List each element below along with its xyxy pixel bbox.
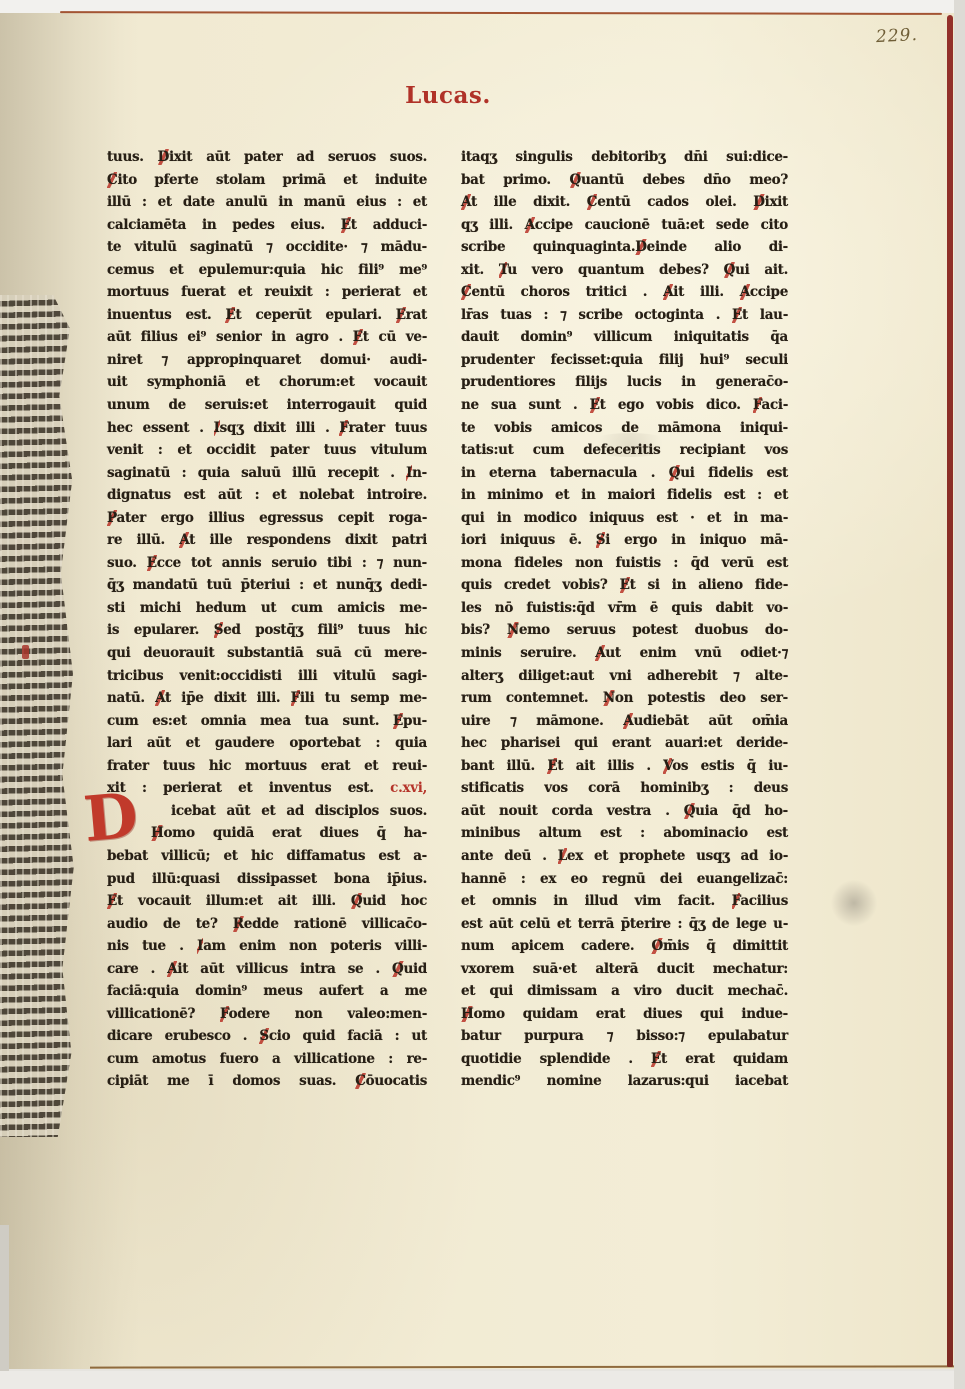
text-segment: cipiāt me ī domos suas. (107, 1073, 355, 1089)
text-segment: et omnis in illud vim facit. (461, 893, 732, 909)
text-line: illū : et date anulū in manū eius : et (107, 191, 427, 214)
text-line: scribe quinquaginta.Deinde alio di- (461, 236, 788, 259)
text-line: te vitulū saginatū ⁊ occidite· ⁊ mādu- (107, 236, 427, 259)
text-segment: tuus. (107, 149, 158, 165)
rubricated-capital: S (259, 1028, 268, 1044)
text-line: Homo quidā erat diues q̄ ha- (107, 822, 427, 845)
text-line: ante deū . Lex et prophete usqʒ ad io- (461, 845, 788, 868)
text-line: qui in modico iniquus est · et in ma- (461, 507, 788, 530)
text-line: quis credet vobis? Et si in alieno fide- (461, 574, 788, 597)
text-line: hec essent . Isqʒ dixit illi . Frater tu… (107, 417, 427, 440)
text-line: hannē : ex eo regnū dei euangelizac̄: (461, 868, 788, 891)
text-segment: n- (412, 465, 427, 481)
text-segment: cemus et epulemur:quia hic fili⁹ me⁹ (107, 262, 427, 278)
text-segment: t erat quidam (661, 1051, 788, 1067)
text-line: aūt nouit corda vestra . Quia q̄d ho- (461, 800, 788, 823)
rubricated-capital: E (732, 307, 742, 323)
text-line: cum es:et omnia mea tua sunt. Epu- (107, 710, 427, 733)
text-line: unum de seruis:et interrogauit quid (107, 394, 427, 417)
text-segment: ui ait. (735, 262, 788, 278)
text-line: faciā:quia domin⁹ meus aufert a me (107, 980, 427, 1003)
rubricated-capital: C (355, 1073, 365, 1089)
text-segment: batur purpura ⁊ bisso:⁊ epulabatur (461, 1028, 788, 1044)
text-line: xit. Tu vero quantum debes? Qui ait. (461, 259, 788, 282)
rubricated-capital: H (461, 1006, 473, 1022)
text-segment: sqʒ dixit illi . (220, 420, 340, 436)
text-segment: ccipe caucionē tuā:et sede cito (535, 217, 788, 233)
text-line: venit : et occidit pater tuus vitulum (107, 439, 427, 462)
text-segment: mendic⁹ nomine lazarus:qui iacebat (461, 1073, 788, 1089)
text-segment: t adduci- (351, 217, 427, 233)
rubricated-capital: A (525, 217, 535, 233)
text-segment: rater tuus (348, 420, 427, 436)
text-segment: t ip̄e dixit illi. (165, 690, 291, 706)
text-line: bis? Nemo seruus potest duobus do- (461, 619, 788, 642)
text-segment: audio de te? (107, 916, 233, 932)
text-line: uire ⁊ māmone. Audiebāt aūt om̄ia (461, 710, 788, 733)
text-line: suo. Ecce tot annis seruio tibi : ⁊ nun- (107, 552, 427, 575)
text-line: qui deuorauit substantiā suā cū mere- (107, 642, 427, 665)
text-segment: te vitulū saginatū ⁊ occidite· ⁊ mādu- (107, 239, 427, 255)
text-segment: omo quidā erat diues q̄ ha- (163, 825, 427, 841)
text-line: te vobis amicos de māmona iniqui- (461, 417, 788, 440)
text-line: est aūt celū et terrā p̄terire : q̄ʒ de … (461, 913, 788, 936)
text-segment: it illi. (673, 284, 739, 300)
text-segment: t ait illis . (557, 758, 663, 774)
text-segment: natū. (107, 690, 155, 706)
text-segment: villicationē? (107, 1006, 220, 1022)
text-line: Cito pferte stolam primā et induite (107, 169, 427, 192)
text-segment: saginatū : quia saluū illū recepit . (107, 465, 406, 481)
text-segment: uia q̄d ho- (695, 803, 788, 819)
text-segment: uid (404, 961, 427, 977)
text-segment: uit symphoniā et chorum:et vocauit (107, 374, 427, 390)
text-line: tatis:ut cum defeceritis recipiant vos (461, 439, 788, 462)
text-line: hec pharisei qui erant auari:et deride- (461, 732, 788, 755)
text-segment: nis tue . (107, 938, 197, 954)
text-line: pud illū:quasi dissipasset bona ip̄ius. (107, 868, 427, 891)
text-line: icebat aūt et ad disciplos suos. (107, 800, 427, 823)
text-segment: ne sua sunt . (461, 397, 590, 413)
text-line: alterʒ diliget:aut vni adherebit ⁊ alte- (461, 665, 788, 688)
rubricated-capital: D (158, 149, 169, 165)
text-line: Homo quidam erat diues qui indue- (461, 1003, 788, 1026)
text-segment: t ego vobis dico. (600, 397, 753, 413)
rubricated-capital: Q (684, 803, 695, 819)
text-segment: vxorem suā·et alterā ducit mechatur: (461, 961, 788, 977)
text-line: iori iniquus ē. Si ergo in iniquo mā- (461, 529, 788, 552)
text-line: cipiāt me ī domos suas. Cōuocatis (107, 1070, 427, 1093)
text-segment: cum es:et omnia mea tua sunt. (107, 713, 393, 729)
text-segment: frater tuus hic mortuus erat et reui- (107, 758, 427, 774)
text-line: q̄ʒ mandatū tuū p̄teriui : et nunq̄ʒ ded… (107, 574, 427, 597)
rubricated-capital: Q (669, 465, 680, 481)
text-segment: re illū. (107, 532, 179, 548)
text-line: dauit domin⁹ villicum iniquitatis q̄a (461, 326, 788, 349)
text-line: et omnis in illud vim facit. Facilius (461, 890, 788, 913)
text-line: lari aūt et gaudere oportebat : quia (107, 732, 427, 755)
photo-background-right (954, 0, 965, 1389)
rubricated-capital: E (547, 758, 557, 774)
text-segment: u vero quantum debes? (507, 262, 723, 278)
rubricated-capital: A (179, 532, 189, 548)
text-line: saginatū : quia saluū illū recepit . In- (107, 462, 427, 485)
rubricated-capital: E (225, 307, 235, 323)
text-segment: entū cados olei. (597, 194, 753, 210)
text-segment: t ceperūt epulari. (235, 307, 395, 323)
rubricated-capital: C (107, 172, 117, 188)
text-line: uit symphoniā et chorum:et vocauit (107, 371, 427, 394)
text-segment: aūt filius ei⁹ senior in agro . (107, 329, 353, 345)
text-line: natū. At ip̄e dixit illi. Fili tu semp m… (107, 687, 427, 710)
red-fore-edge (947, 15, 953, 1367)
text-segment: t ille respondens dixit patri (189, 532, 427, 548)
rubricated-capital: E (147, 555, 157, 571)
text-segment: entū choros tritici . (471, 284, 663, 300)
text-segment: udiebāt aūt om̄ia (633, 713, 788, 729)
rubricated-capital: D (753, 194, 764, 210)
text-segment: ante deū . (461, 848, 558, 864)
rubricated-capital: Q (724, 262, 735, 278)
text-segment: qui deuorauit substantiā suā cū mere- (107, 645, 427, 661)
text-segment: bis? (461, 622, 507, 638)
text-line: prudenter fecisset:quia filij hui⁹ secul… (461, 349, 788, 372)
text-segment: ex et prophete usqʒ ad io- (567, 848, 788, 864)
rubricated-capital: C (587, 194, 597, 210)
text-line: mendic⁹ nomine lazarus:qui iacebat (461, 1070, 788, 1093)
chapter-marker: c.xvi, (390, 780, 427, 796)
text-line: vxorem suā·et alterā ducit mechatur: (461, 958, 788, 981)
text-segment: mortuus fuerat et reuixit : perierat et (107, 284, 427, 300)
photo-background-bottom (0, 1371, 965, 1389)
text-segment: minis seruire. (461, 645, 595, 661)
rubricated-capital: F (291, 690, 300, 706)
text-segment: unum de seruis:et interrogauit quid (107, 397, 427, 413)
text-segment: am enim non poteris villi- (203, 938, 427, 954)
text-line: At ille dixit. Centū cados olei. Dixit (461, 191, 788, 214)
text-segment: t cū ve- (363, 329, 427, 345)
rubricated-capital: A (663, 284, 673, 300)
text-line: bant illū. Et ait illis . Vos estis q̄ i… (461, 755, 788, 778)
text-segment: aūt nouit corda vestra . (461, 803, 684, 819)
text-line: dignatus est aūt : et nolebat introire. (107, 484, 427, 507)
text-segment: est aūt celū et terrā p̄terire : q̄ʒ de … (461, 916, 788, 932)
rubricated-capital: Q (392, 961, 403, 977)
rubricated-capital: A (740, 284, 750, 300)
text-line: les nō fuistis:q̄d vr̄m ē quis dabit vo- (461, 597, 788, 620)
rubricated-capital: P (107, 510, 117, 526)
text-segment: einde alio di- (647, 239, 788, 255)
rubricated-capital: A (461, 194, 471, 210)
text-segment: q̄ʒ mandatū tuū p̄teriui : et nunq̄ʒ ded… (107, 577, 427, 593)
rubricated-capital: E (620, 577, 630, 593)
rubricated-capital: H (151, 825, 163, 841)
rubricated-capital: E (651, 1051, 661, 1067)
text-segment: prudenter fecisset:quia filij hui⁹ secul… (461, 352, 788, 368)
rubricated-capital: C (461, 284, 471, 300)
text-segment: ed postq̄ʒ fili⁹ tuus hic (223, 622, 427, 638)
photo-background-left-sliver (0, 1225, 9, 1371)
text-line: in minimo et in maiori fidelis est : et (461, 484, 788, 507)
rubricated-capital: E (590, 397, 600, 413)
text-segment: aci- (762, 397, 789, 413)
rubricated-capital: Q (351, 893, 362, 909)
text-segment: ater ergo illius egressus cepit roga- (117, 510, 428, 526)
text-segment: stificatis vos corā hominibʒ : deus (461, 780, 788, 796)
text-segment: edde rationē villicac̄o- (244, 916, 427, 932)
facing-page-rubric-mark (22, 645, 29, 659)
text-segment: cce tot annis seruio tibi : ⁊ nun- (157, 555, 427, 571)
text-line: nis tue . Iam enim non poteris villi- (107, 935, 427, 958)
text-segment: rat (406, 307, 427, 323)
text-segment: hec pharisei qui erant auari:et deride- (461, 735, 788, 751)
text-segment: dignatus est aūt : et nolebat introire. (107, 487, 427, 503)
text-line: dicare erubesco . Scio quid faciā : ut (107, 1025, 427, 1048)
ink-smudge (830, 880, 878, 926)
text-segment: dauit domin⁹ villicum iniquitatis q̄a (461, 329, 788, 345)
text-line: is epularer. Sed postq̄ʒ fili⁹ tuus hic (107, 619, 427, 642)
text-segment: les nō fuistis:q̄d vr̄m ē quis dabit vo- (461, 600, 788, 616)
text-line: calciamēta in pedes eius. Et adduci- (107, 214, 427, 237)
text-segment: ōuocatis (366, 1073, 427, 1089)
rubricated-capital: N (507, 622, 519, 638)
rubricated-capital: F (753, 397, 762, 413)
text-line: xit : perierat et inventus est. c.xvi, (107, 777, 427, 800)
text-segment: ito pferte stolam primā et induite (117, 172, 427, 188)
text-segment: mona fideles non fuistis : q̄d verū est (461, 555, 788, 571)
rubricated-capital: Q (570, 172, 581, 188)
rubricated-capital: S (214, 622, 223, 638)
text-segment: qui in modico iniquus est · et in ma- (461, 510, 788, 526)
text-segment: os estis q̄ iu- (672, 758, 788, 774)
text-segment: ili tu semp me- (300, 690, 427, 706)
running-head-lucas: Lucas. (108, 82, 788, 109)
text-line: quotidie splendide . Et erat quidam (461, 1048, 788, 1071)
text-line: bebat villicū; et hic diffamatus est a- (107, 845, 427, 868)
text-segment: ui fidelis est (680, 465, 788, 481)
text-line: audio de te? Redde rationē villicac̄o- (107, 913, 427, 936)
text-segment: uire ⁊ māmone. (461, 713, 623, 729)
rubricated-capital: A (595, 645, 605, 661)
text-line: frater tuus hic mortuus erat et reui- (107, 755, 427, 778)
rubricated-capital: A (155, 690, 165, 706)
text-segment: in eterna tabernacula . (461, 465, 669, 481)
text-line: ne sua sunt . Et ego vobis dico. Faci- (461, 394, 788, 417)
text-line: care . Ait aūt villicus intra se . Quid (107, 958, 427, 981)
text-line: lr̄as tuas : ⁊ scribe octoginta . Et lau… (461, 304, 788, 327)
text-line: batur purpura ⁊ bisso:⁊ epulabatur (461, 1025, 788, 1048)
text-segment: lari aūt et gaudere oportebat : quia (107, 735, 427, 751)
text-segment: faciā:quia domin⁹ meus aufert a me (107, 983, 427, 999)
rubricated-capital: D (635, 239, 646, 255)
text-segment: iori iniquus ē. (461, 532, 596, 548)
text-segment: quotidie splendide . (461, 1051, 651, 1067)
text-line: re illū. At ille respondens dixit patri (107, 529, 427, 552)
text-segment: is epularer. (107, 622, 214, 638)
text-segment: rum contemnet. (461, 690, 603, 706)
text-segment: te vobis amicos de māmona iniqui- (461, 420, 788, 436)
text-segment: sti michi hedum ut cum amicis me- (107, 600, 427, 616)
rubricated-capital: V (663, 758, 672, 774)
text-segment: tricibus venit:occidisti illi vitulū sag… (107, 668, 427, 684)
rubricated-capital: O (651, 938, 662, 954)
rubricated-capital: E (393, 713, 403, 729)
text-column-right: itaqʒ singulis debitoribʒ dn̄i sui:dice-… (461, 146, 788, 1093)
text-segment: t lau- (742, 307, 788, 323)
text-segment: suo. (107, 555, 147, 571)
text-line: cemus et epulemur:quia hic fili⁹ me⁹ (107, 259, 427, 282)
text-line: minibus altum est : abominacio est (461, 822, 788, 845)
text-segment: i ergo in iniquo mā- (605, 532, 788, 548)
text-line: Et vocauit illum:et ait illi. Quid hoc (107, 890, 427, 913)
text-line: inuentus est. Et ceperūt epulari. Erat (107, 304, 427, 327)
text-segment: t si in alieno fide- (630, 577, 788, 593)
folio-number: 229. (876, 25, 919, 47)
text-segment: tatis:ut cum defeceritis recipiant vos (461, 442, 788, 458)
text-segment: dicare erubesco . (107, 1028, 259, 1044)
text-segment: icebat aūt et ad disciplos suos. (171, 803, 427, 819)
text-segment: minibus altum est : abominacio est (461, 825, 788, 841)
rubricated-capital: N (603, 690, 615, 706)
text-segment: inuentus est. (107, 307, 225, 323)
text-segment: acilius (740, 893, 788, 909)
text-line: Pater ergo illius egressus cepit roga- (107, 507, 427, 530)
rubricated-capital: S (596, 532, 605, 548)
text-line: aūt filius ei⁹ senior in agro . Et cū ve… (107, 326, 427, 349)
text-column-left: tuus. Dixit aūt pater ad seruos suos.Cit… (107, 146, 427, 1093)
text-segment: ixit (765, 194, 788, 210)
text-segment: xit. (461, 262, 499, 278)
rubricated-capital: R (233, 916, 244, 932)
text-segment: on potestis deo ser- (615, 690, 788, 706)
text-segment: emo seruus potest duobus do- (519, 622, 788, 638)
text-segment: num apicem cadere. (461, 938, 651, 954)
text-line: tuus. Dixit aūt pater ad seruos suos. (107, 146, 427, 169)
text-line: cum amotus fuero a villicatione : re- (107, 1048, 427, 1071)
rubricated-capital: E (396, 307, 406, 323)
text-line: itaqʒ singulis debitoribʒ dn̄i sui:dice- (461, 146, 788, 169)
text-segment: lr̄as tuas : ⁊ scribe octoginta . (461, 307, 732, 323)
text-segment: quis credet vobis? (461, 577, 620, 593)
text-segment: alterʒ diliget:aut vni adherebit ⁊ alte- (461, 668, 788, 684)
text-segment: xit : perierat et inventus est. (107, 780, 390, 796)
text-segment: omo quidam erat diues qui indue- (473, 1006, 788, 1022)
text-line: minis seruire. Aut enim vnū odiet·⁊ (461, 642, 788, 665)
text-segment: hannē : ex eo regnū dei euangelizac̄: (461, 871, 788, 887)
text-line: mona fideles non fuistis : q̄d verū est (461, 552, 788, 575)
text-segment: qʒ illi. (461, 217, 525, 233)
text-line: tricibus venit:occidisti illi vitulū sag… (107, 665, 427, 688)
text-line: qʒ illi. Accipe caucionē tuā:et sede cit… (461, 214, 788, 237)
rubricated-capital: A (167, 961, 177, 977)
text-line: bat primo. Quantū debes dn̄o meo? (461, 169, 788, 192)
text-segment: ut enim vnū odiet·⁊ (605, 645, 788, 661)
text-segment: calciamēta in pedes eius. (107, 217, 341, 233)
text-segment: in minimo et in maiori fidelis est : et (461, 487, 788, 503)
text-line: stificatis vos corā hominibʒ : deus (461, 777, 788, 800)
rubricated-capital: L (558, 848, 567, 864)
text-line: mortuus fuerat et reuixit : perierat et (107, 281, 427, 304)
text-segment: it aūt villicus intra se . (177, 961, 392, 977)
text-segment: bant illū. (461, 758, 547, 774)
text-segment: itaqʒ singulis debitoribʒ dn̄i sui:dice- (461, 149, 788, 165)
rubricated-capital: A (623, 713, 633, 729)
text-segment: uid hoc (362, 893, 427, 909)
rubricated-capital: E (341, 217, 351, 233)
text-line: villicationē? Fodere non valeo:men- (107, 1003, 427, 1026)
text-line: num apicem cadere. Om̄is q̄ dimittit (461, 935, 788, 958)
text-line: Centū choros tritici . Ait illi. Accipe (461, 281, 788, 304)
text-segment: m̄is q̄ dimittit (663, 938, 788, 954)
text-line: niret ⁊ appropinquaret domui· audi- (107, 349, 427, 372)
rubricated-capital: E (107, 893, 117, 909)
text-segment: niret ⁊ appropinquaret domui· audi- (107, 352, 427, 368)
text-segment: cio quid faciā : ut (269, 1028, 427, 1044)
text-line: sti michi hedum ut cum amicis me- (107, 597, 427, 620)
text-segment: bat primo. (461, 172, 570, 188)
text-line: et qui dimissam a viro ducit mechac̄. (461, 980, 788, 1003)
text-segment: pu- (403, 713, 427, 729)
text-segment: uantū debes dn̄o meo? (581, 172, 788, 188)
text-segment: et qui dimissam a viro ducit mechac̄. (461, 983, 788, 999)
text-segment: bebat villicū; et hic diffamatus est a- (107, 848, 427, 864)
text-segment: prudentiores filijs lucis in generac̄o- (461, 374, 788, 390)
text-line: rum contemnet. Non potestis deo ser- (461, 687, 788, 710)
text-line: in eterna tabernacula . Qui fidelis est (461, 462, 788, 485)
text-segment: pud illū:quasi dissipasset bona ip̄ius. (107, 871, 427, 887)
text-segment: care . (107, 961, 167, 977)
text-line: prudentiores filijs lucis in generac̄o- (461, 371, 788, 394)
rubricated-capital: F (220, 1006, 229, 1022)
text-segment: t vocauit illum:et ait illi. (117, 893, 351, 909)
text-segment: ccipe (750, 284, 788, 300)
text-segment: scribe quinquaginta. (461, 239, 635, 255)
text-segment: odere non valeo:men- (229, 1006, 427, 1022)
text-segment: t ille dixit. (471, 194, 587, 210)
text-segment: hec essent . (107, 420, 214, 436)
text-segment: venit : et occidit pater tuus vitulum (107, 442, 427, 458)
scanned-book-photo: 229. Lucas. D tuus. Dixit aūt pater ad s… (0, 0, 965, 1389)
text-segment: illū : et date anulū in manū eius : et (107, 194, 427, 210)
text-segment: cum amotus fuero a villicatione : re- (107, 1051, 427, 1067)
text-segment: ixit aūt pater ad seruos suos. (169, 149, 427, 165)
rubricated-capital: E (353, 329, 363, 345)
